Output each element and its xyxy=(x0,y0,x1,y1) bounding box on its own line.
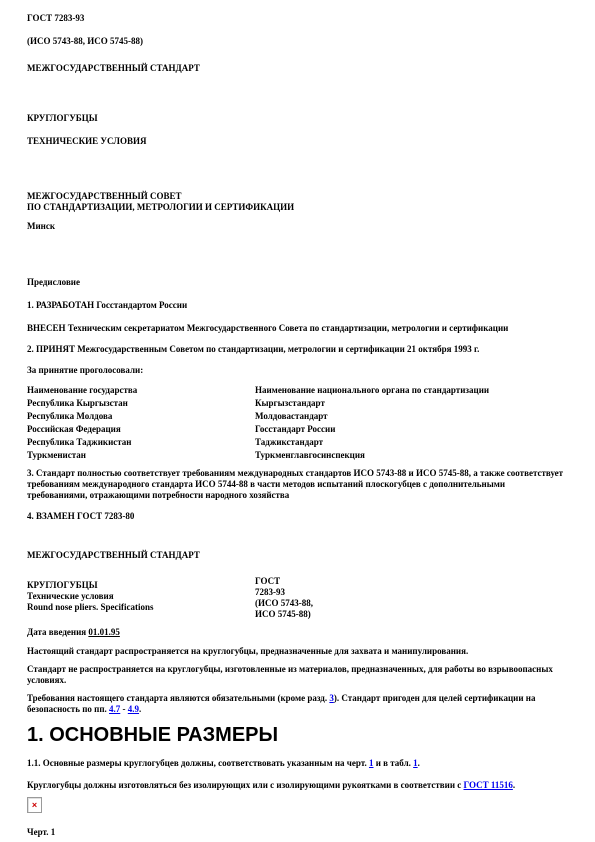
votes-col1-header: Наименование государства xyxy=(27,384,255,397)
effective-date-value: 01.01.95 xyxy=(88,627,120,637)
broken-image-icon: × xyxy=(27,797,42,813)
document-page: ГОСТ 7283-93 (ИСО 5743-88, ИСО 5745-88) … xyxy=(0,0,595,838)
effective-date-line: Дата введения 01.01.95 xyxy=(27,627,567,638)
votes-table-header-row: Наименование государства Наименование на… xyxy=(27,384,567,397)
preface-item-4: 4. ВЗАМЕН ГОСТ 7283-80 xyxy=(27,511,567,522)
standard-type-label: МЕЖГОСУДАРСТВЕННЫЙ СТАНДАРТ xyxy=(27,63,567,74)
clause-1-1-text: и в табл. xyxy=(373,758,413,768)
preface-item-1b: ВНЕСЕН Техническим секретариатом Межгосу… xyxy=(27,323,567,334)
figure-placeholder: × xyxy=(27,797,567,813)
preface-item-2: 2. ПРИНЯТ Межгосударственным Советом по … xyxy=(27,344,567,355)
city-label: Минск xyxy=(27,221,567,232)
manufacture-paragraph: Круглогубцы должны изготовляться без изо… xyxy=(27,780,567,791)
preface-title: Предисловие xyxy=(27,277,567,288)
votes-table: Наименование государства Наименование на… xyxy=(27,384,567,462)
clause-1-1-text: 1.1. Основные размеры круглогубцев должн… xyxy=(27,758,369,768)
gost-code-line2: 7283-93 xyxy=(255,587,567,598)
state-cell: Республика Таджикистан xyxy=(27,436,255,449)
requirements-text: - xyxy=(120,704,128,714)
title-block: КРУГЛОГУБЦЫ Технические условия Round no… xyxy=(27,576,567,620)
standards-body-cell: Молдовастандарт xyxy=(255,410,567,423)
standards-body-cell: Госстандарт России xyxy=(255,423,567,436)
preface-item-3: 3. Стандарт полностью соответствует треб… xyxy=(27,468,567,501)
preface-item-1: 1. РАЗРАБОТАН Госстандартом России xyxy=(27,300,567,311)
gost-code-line1: ГОСТ xyxy=(255,576,567,587)
iso-references: (ИСО 5743-88, ИСО 5745-88) xyxy=(27,36,567,47)
product-title: КРУГЛОГУБЦЫ xyxy=(27,113,567,124)
table-row: Республика Таджикистан Таджикстандарт xyxy=(27,436,567,449)
title-name-en: Round nose pliers. Specifications xyxy=(27,602,255,613)
manufacture-text: . xyxy=(513,780,515,790)
state-cell: Российская Федерация xyxy=(27,423,255,436)
title-block-names: КРУГЛОГУБЦЫ Технические условия Round no… xyxy=(27,580,255,620)
council-name-line1: МЕЖГОСУДАРСТВЕННЫЙ СОВЕТ xyxy=(27,191,567,202)
gost-11516-link[interactable]: ГОСТ 11516 xyxy=(464,780,513,790)
title-subtitle-ru: Технические условия xyxy=(27,591,255,602)
effective-date-label: Дата введения xyxy=(27,627,88,637)
gost-code-line3: (ИСО 5743-88, xyxy=(255,598,567,609)
standards-body-cell: Кыргызстандарт xyxy=(255,397,567,410)
requirements-text: Требования настоящего стандарта являются… xyxy=(27,693,329,703)
broken-image-x-icon: × xyxy=(32,801,37,810)
gost-code-line4: ИСО 5745-88) xyxy=(255,609,567,620)
table-row: Туркменистан Туркменглавгосинспекция xyxy=(27,449,567,462)
council-name-line2: ПО СТАНДАРТИЗАЦИИ, МЕТРОЛОГИИ И СЕРТИФИК… xyxy=(27,202,567,213)
votes-col2-header: Наименование национального органа по ста… xyxy=(255,384,567,397)
table-row: Республика Молдова Молдовастандарт xyxy=(27,410,567,423)
manufacture-text: Круглогубцы должны изготовляться без изо… xyxy=(27,780,464,790)
council-name: МЕЖГОСУДАРСТВЕННЫЙ СОВЕТ ПО СТАНДАРТИЗАЦ… xyxy=(27,191,567,213)
clause-4-7-link[interactable]: 4.7 xyxy=(109,704,120,714)
standards-body-cell: Туркменглавгосинспекция xyxy=(255,449,567,462)
doc-subtitle: ТЕХНИЧЕСКИЕ УСЛОВИЯ xyxy=(27,136,567,147)
votes-intro: За принятие проголосовали: xyxy=(27,365,567,376)
state-cell: Республика Молдова xyxy=(27,410,255,423)
state-cell: Республика Кыргызстан xyxy=(27,397,255,410)
table-row: Республика Кыргызстан Кыргызстандарт xyxy=(27,397,567,410)
exclusion-paragraph: Стандарт не распространяется на круглогу… xyxy=(27,664,567,686)
requirements-text: . xyxy=(139,704,141,714)
section-1-heading: 1. ОСНОВНЫЕ РАЗМЕРЫ xyxy=(27,724,567,746)
scope-paragraph: Настоящий стандарт распространяется на к… xyxy=(27,646,567,657)
figure-caption: Черт. 1 xyxy=(27,827,567,838)
state-cell: Туркменистан xyxy=(27,449,255,462)
clause-4-9-link[interactable]: 4.9 xyxy=(128,704,139,714)
title-block-code: ГОСТ 7283-93 (ИСО 5743-88, ИСО 5745-88) xyxy=(255,576,567,620)
standards-body-cell: Таджикстандарт xyxy=(255,436,567,449)
clause-1-1-text: . xyxy=(418,758,420,768)
clause-1-1: 1.1. Основные размеры круглогубцев должн… xyxy=(27,758,567,769)
standard-type-label-2: МЕЖГОСУДАРСТВЕННЫЙ СТАНДАРТ xyxy=(27,550,567,561)
gost-number: ГОСТ 7283-93 xyxy=(27,13,567,24)
title-name-ru: КРУГЛОГУБЦЫ xyxy=(27,580,255,591)
table-row: Российская Федерация Госстандарт России xyxy=(27,423,567,436)
requirements-paragraph: Требования настоящего стандарта являются… xyxy=(27,693,567,715)
